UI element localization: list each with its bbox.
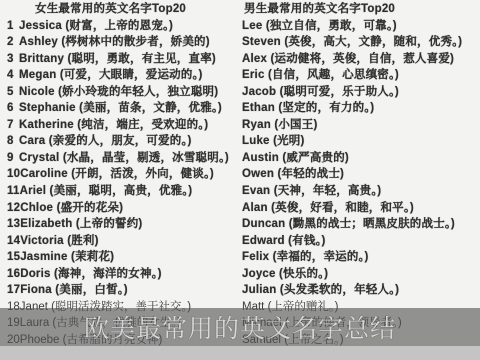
english-name: Crystal	[19, 152, 59, 164]
english-name: Nicole	[19, 86, 55, 98]
name-description: (黝黑的战士；晒黑皮肤的战士。)	[289, 218, 455, 230]
name-list-item: Lee (独立自信，勇敢，可靠。)	[242, 18, 480, 35]
name-description: (坚定的，有力的。)	[278, 102, 374, 114]
name-description: (茉莉花)	[71, 251, 114, 263]
english-name: Ryan	[242, 119, 271, 131]
english-name: Edward	[242, 235, 285, 247]
english-name: Elizabeth	[20, 218, 72, 230]
english-name: Jacob	[242, 86, 276, 98]
name-list-item: Alex (运动健将，英俊，自信，惹人喜爱)	[242, 51, 480, 68]
english-name: Felix	[242, 251, 269, 263]
name-description: (威严高贵的)	[282, 152, 349, 164]
english-name: Steven	[242, 36, 281, 48]
item-number: 1	[7, 18, 19, 35]
name-description: (可爱，大眼睛，爱运动的。)	[60, 69, 203, 81]
english-name: Brittany	[19, 53, 64, 65]
english-name: Ashley	[19, 36, 58, 48]
name-description: (英俊，好看，和睦，和平。)	[271, 202, 414, 214]
item-number: 8	[7, 133, 19, 150]
english-name: Owen	[242, 168, 274, 180]
english-name: Ethan	[242, 102, 275, 114]
item-number: 6	[7, 100, 19, 117]
girls-name-column: 女生最常用的英文名字Top20 1Jessica (财富，上帝的恩宠。)2Ash…	[7, 1, 241, 348]
name-list-item: Ryan (小国王)	[242, 117, 480, 134]
name-description: (上帝的誓约)	[76, 218, 143, 230]
item-number: 9	[7, 150, 19, 167]
name-description: (水晶，晶莹，剔透，冰雪聪明。)	[63, 152, 229, 164]
name-description: (胜利)	[67, 235, 98, 247]
name-description: (聪明，勇敢，有主见，直率)	[67, 53, 215, 65]
name-list-item: Owen (年轻的战士)	[242, 166, 480, 183]
english-name: Cara	[19, 135, 45, 147]
name-description: (运动健将，英俊，自信，惹人喜爱)	[271, 53, 455, 65]
name-description: (小国王)	[274, 119, 317, 131]
item-number: 3	[7, 51, 19, 68]
name-description: (纯洁，端庄，受欢迎的。)	[77, 119, 208, 131]
name-description: (英俊，高大，文静，随和，优秀。)	[284, 36, 462, 48]
name-list-item: Joyce (快乐的。)	[242, 266, 480, 283]
name-description: (头发柔软的，年轻人。)	[280, 284, 399, 296]
name-list-item: 11Ariel (美丽，聪明，高贵，优雅。)	[7, 183, 241, 200]
name-description: (美丽，白皙。)	[55, 284, 128, 296]
english-name: Katherine	[19, 119, 74, 131]
english-name: Lee	[242, 20, 262, 32]
name-description: (有钱。)	[288, 235, 325, 247]
name-list-item: Julian (头发柔软的，年轻人。)	[242, 282, 480, 299]
name-list-item: 16Doris (海神，海洋的女神。)	[7, 266, 241, 283]
name-list-item: 7Katherine (纯洁，端庄，受欢迎的。)	[7, 117, 241, 134]
watermark-bar: 欧美最常用的英文名字总结	[0, 308, 480, 346]
item-number: 13	[7, 216, 20, 233]
english-name: Jessica	[19, 20, 62, 32]
name-list-item: 17Fiona (美丽，白皙。)	[7, 282, 241, 299]
english-name: Chloe	[20, 202, 53, 214]
name-list-item: 15Jasmine (茉莉花)	[7, 249, 241, 266]
name-list-item: 6Stephanie (美丽，苗条，文静，优雅。)	[7, 100, 241, 117]
name-description: (光明)	[273, 135, 304, 147]
name-list-item: 9Crystal (水晶，晶莹，剔透，冰雪聪明。)	[7, 150, 241, 167]
name-description: (亲爱的人，朋友，可爱的。)	[49, 135, 192, 147]
name-list-item: 8Cara (亲爱的人，朋友，可爱的。)	[7, 133, 241, 150]
name-list-item: Duncan (黝黑的战士；晒黑皮肤的战士。)	[242, 216, 480, 233]
item-number: 4	[7, 67, 19, 84]
item-number: 11	[7, 183, 20, 200]
item-number: 14	[7, 233, 20, 250]
name-description: (幸福的，幸运的。)	[273, 251, 369, 263]
name-list-item: Eric (自信，风趣，心思缜密。)	[242, 67, 480, 84]
name-description: (海神，海洋的女神。)	[54, 268, 162, 280]
name-list-item: Alan (英俊，好看，和睦，和平。)	[242, 200, 480, 217]
name-list-item: Ethan (坚定的，有力的。)	[242, 100, 480, 117]
name-description: (天神，年轻，高贵。)	[274, 185, 382, 197]
item-number: 16	[7, 266, 20, 283]
name-description: (盛开的花朵)	[57, 202, 124, 214]
english-name: Alex	[242, 53, 267, 65]
document-page: 女生最常用的英文名字Top20 1Jessica (财富，上帝的恩宠。)2Ash…	[0, 0, 480, 360]
english-name: Austin	[242, 152, 279, 164]
boys-column-header: 男生最常用的英文名字Top20	[242, 1, 480, 18]
boys-name-column: 男生最常用的英文名字Top20 Lee (独立自信，勇敢，可靠。)Steven …	[242, 1, 480, 348]
english-name: Ariel	[20, 185, 47, 197]
name-description: (美丽，聪明，高贵，优雅。)	[50, 185, 193, 197]
name-list-item: Edward (有钱。)	[242, 233, 480, 250]
name-description: (年轻的战士)	[278, 168, 345, 180]
name-list-item: 13Elizabeth (上帝的誓约)	[7, 216, 241, 233]
name-list-item: 4Megan (可爱，大眼睛，爱运动的。)	[7, 67, 241, 84]
name-list-item: Steven (英俊，高大，文静，随和，优秀。)	[242, 34, 480, 51]
name-list-item: 10Caroline (开朗，活泼，外向，健谈。)	[7, 166, 241, 183]
english-name: Duncan	[242, 218, 285, 230]
english-name: Evan	[242, 185, 270, 197]
item-number: 5	[7, 84, 19, 101]
name-description: (快乐的。)	[279, 268, 328, 280]
english-name: Victoria	[20, 235, 64, 247]
name-description: (开朗，活泼，外向，健谈。)	[71, 168, 214, 180]
english-name: Jasmine	[20, 251, 67, 263]
name-list-item: Evan (天神，年轻，高贵。)	[242, 183, 480, 200]
name-list-item: Luke (光明)	[242, 133, 480, 150]
name-list-item: Austin (威严高贵的)	[242, 150, 480, 167]
item-number: 2	[7, 34, 19, 51]
name-list-item: Felix (幸福的，幸运的。)	[242, 249, 480, 266]
english-name: Stephanie	[19, 102, 76, 114]
english-name: Doris	[20, 268, 50, 280]
item-number: 7	[7, 117, 19, 134]
girls-column-header: 女生最常用的英文名字Top20	[7, 1, 241, 18]
item-number: 12	[7, 200, 20, 217]
english-name: Eric	[242, 69, 265, 81]
item-number: 17	[7, 282, 20, 299]
name-list-item: 5Nicole (娇小玲珑的年轻人，独立聪明)	[7, 84, 241, 101]
english-name: Fiona	[20, 284, 52, 296]
name-list-item: 14Victoria (胜利)	[7, 233, 241, 250]
english-name: Alan	[242, 202, 268, 214]
name-description: (娇小玲珑的年轻人，独立聪明)	[58, 86, 218, 98]
name-list-item: Jacob (聪明可爱，乐于助人。)	[242, 84, 480, 101]
name-list-item: 12Chloe (盛开的花朵)	[7, 200, 241, 217]
name-list-item: 1Jessica (财富，上帝的恩宠。)	[7, 18, 241, 35]
name-list-item: 3Brittany (聪明，勇敢，有主见，直率)	[7, 51, 241, 68]
english-name: Luke	[242, 135, 270, 147]
name-description: (聪明可爱，乐于助人。)	[280, 86, 399, 98]
name-description: (自信，风趣，心思缜密。)	[268, 69, 399, 81]
name-description: (梣树林中的散步者，娇美的)	[61, 36, 209, 48]
name-description: (美丽，苗条，文静，优雅。)	[79, 102, 222, 114]
watermark-title: 欧美最常用的英文名字总结	[84, 309, 396, 345]
name-description: (独立自信，勇敢，可靠。)	[266, 20, 397, 32]
name-description: (财富，上帝的恩宠。)	[65, 20, 173, 32]
item-number: 10	[7, 166, 20, 183]
name-list-item: 2Ashley (梣树林中的散步者，娇美的)	[7, 34, 241, 51]
english-name: Megan	[19, 69, 56, 81]
english-name: Joyce	[242, 268, 276, 280]
item-number: 15	[7, 249, 20, 266]
english-name: Julian	[242, 284, 276, 296]
english-name: Caroline	[20, 168, 68, 180]
watermark-bar-lower-strip	[0, 346, 480, 360]
